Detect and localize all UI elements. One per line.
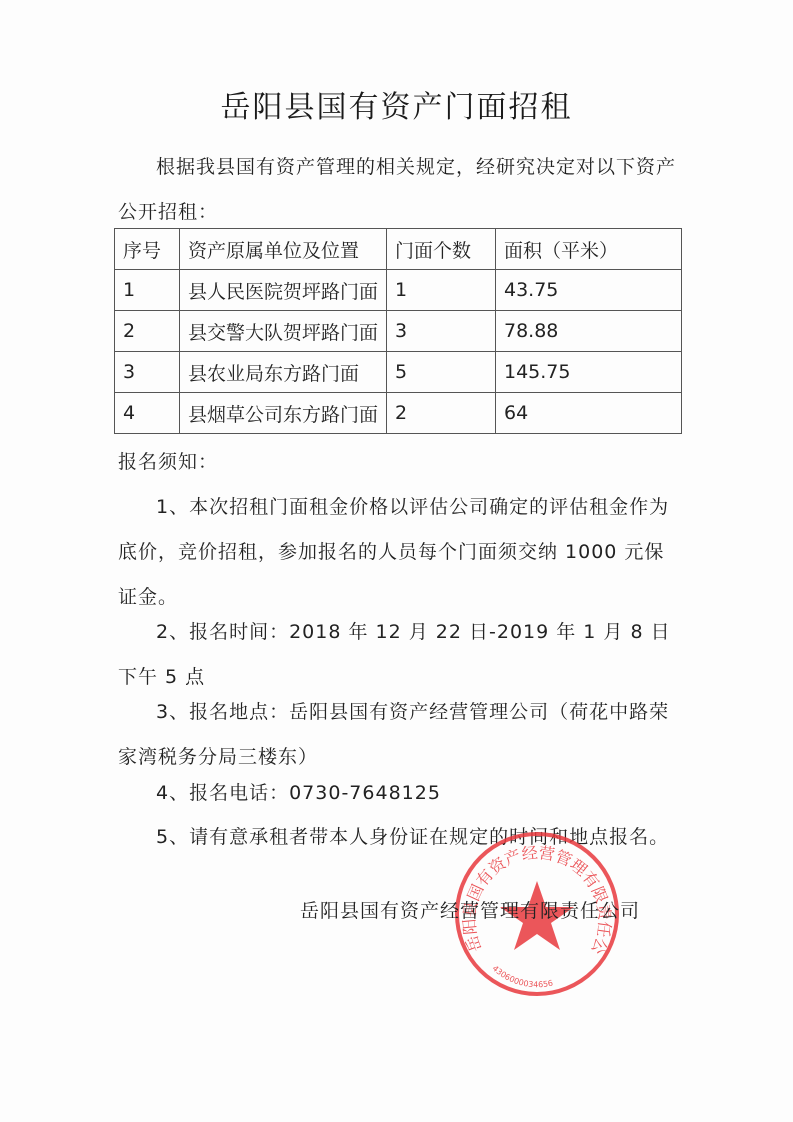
signature: 岳阳县国有资产经营管理有限责任公司	[300, 896, 640, 923]
notice-item-1: 1、本次招租门面租金价格以评估公司确定的评估租金作为底价，竞价招租，参加报名的人…	[118, 485, 683, 620]
cell-location: 县交警大队贺坪路门面	[180, 311, 387, 352]
cell-count: 1	[387, 270, 496, 311]
notice-item-4: 4、报名电话：0730-7648125	[118, 771, 683, 816]
cell-location: 县农业局东方路门面	[180, 352, 387, 393]
table-row: 4 县烟草公司东方路门面 2 64	[115, 393, 682, 434]
assets-table: 序号 资产原属单位及位置 门面个数 面积（平米） 1 县人民医院贺坪路门面 1 …	[114, 228, 682, 434]
cell-location: 县烟草公司东方路门面	[180, 393, 387, 434]
header-cell: 面积（平米）	[496, 229, 682, 270]
table-header-row: 序号 资产原属单位及位置 门面个数 面积（平米）	[115, 229, 682, 270]
cell-area: 78.88	[496, 311, 682, 352]
notice-item-2: 2、报名时间：2018 年 12 月 22 日-2019 年 1 月 8 日下午…	[118, 610, 683, 700]
table-row: 3 县农业局东方路门面 5 145.75	[115, 352, 682, 393]
table-row: 1 县人民医院贺坪路门面 1 43.75	[115, 270, 682, 311]
cell-location: 县人民医院贺坪路门面	[180, 270, 387, 311]
notice-heading: 报名须知：	[118, 440, 683, 485]
cell-area: 145.75	[496, 352, 682, 393]
table-row: 2 县交警大队贺坪路门面 3 78.88	[115, 311, 682, 352]
cell-count: 3	[387, 311, 496, 352]
header-cell: 门面个数	[387, 229, 496, 270]
header-cell: 序号	[115, 229, 180, 270]
notice-item-3: 3、报名地点：岳阳县国有资产经营管理公司（荷花中路荣家湾税务分局三楼东）	[118, 690, 683, 780]
cell-index: 2	[115, 311, 180, 352]
cell-index: 1	[115, 270, 180, 311]
header-cell: 资产原属单位及位置	[180, 229, 387, 270]
intro-paragraph: 根据我县国有资产管理的相关规定，经研究决定对以下资产公开招租：	[118, 145, 683, 235]
cell-index: 3	[115, 352, 180, 393]
cell-count: 2	[387, 393, 496, 434]
document-title: 岳阳县国有资产门面招租	[0, 82, 793, 126]
cell-area: 43.75	[496, 270, 682, 311]
cell-index: 4	[115, 393, 180, 434]
cell-area: 64	[496, 393, 682, 434]
cell-count: 5	[387, 352, 496, 393]
